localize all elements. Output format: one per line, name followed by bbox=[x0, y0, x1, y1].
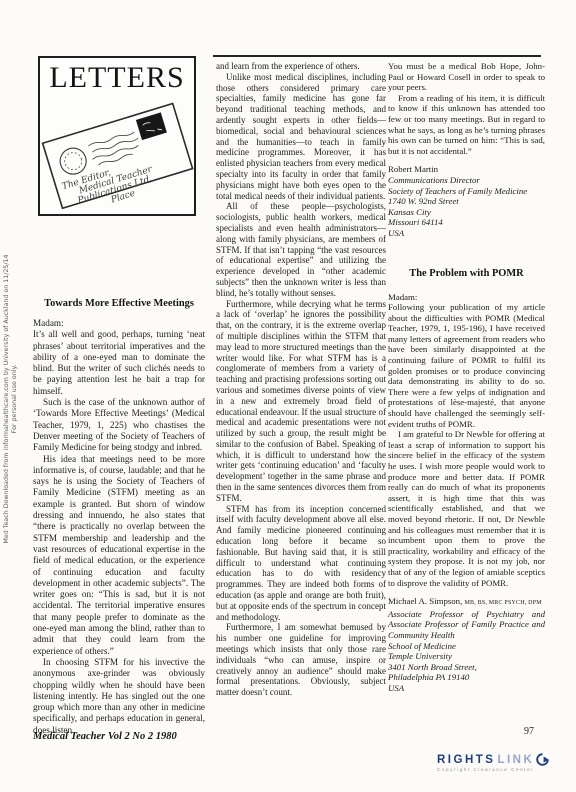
column-top-rule bbox=[213, 55, 541, 57]
letter2-signature: Michael A. Simpson, MB, BS, MRC PSYCH, D… bbox=[388, 596, 545, 693]
signature-line: USA bbox=[388, 683, 545, 694]
paragraph: I am grateful to Dr Newble for offering … bbox=[388, 429, 545, 588]
paragraph: Furthermore, while decrying what he term… bbox=[216, 299, 386, 504]
journal-page: Med Teach Downloaded from informahealthc… bbox=[0, 0, 576, 792]
signature-name: Robert Martin bbox=[388, 164, 545, 175]
signature-line: 3401 North Broad Street, bbox=[388, 662, 545, 673]
paragraph: and learn from the experience of others. bbox=[216, 61, 386, 72]
paragraph: From a reading of his item, it is diffic… bbox=[388, 93, 545, 157]
page-number: 97 bbox=[524, 726, 534, 737]
signature-line: Kansas City bbox=[388, 207, 545, 218]
paragraph: His idea that meetings need to be more i… bbox=[33, 454, 205, 657]
signature-line: Temple University bbox=[388, 651, 545, 662]
column-1: Towards More Effective Meetings Madam: I… bbox=[33, 297, 205, 736]
rightslink-tagline: Copyright Clearance Center bbox=[437, 767, 571, 772]
journal-footer: Medical Teacher Vol 2 No 2 1980 bbox=[33, 731, 177, 742]
paragraph: You must be a medical Bob Hope, John-Pau… bbox=[388, 61, 545, 93]
paragraph: Such is the case of the unknown author o… bbox=[33, 397, 205, 453]
letters-title: LETTERS bbox=[40, 61, 194, 95]
signature-line: USA bbox=[388, 228, 545, 239]
letter2-heading: The Problem with POMR bbox=[388, 267, 545, 280]
download-attribution-line1: Med Teach Downloaded from informahealthc… bbox=[3, 251, 11, 547]
signature-credentials: MB, BS, MRC PSYCH, DPM bbox=[465, 600, 542, 606]
signature-line: Associate Professor of Psychiatry and As… bbox=[388, 609, 545, 641]
letters-masthead: LETTERS The Editor, Medical Teacher Publ… bbox=[38, 56, 196, 216]
letter1-salutation: Madam: bbox=[33, 318, 205, 329]
letter1-heading: Towards More Effective Meetings bbox=[33, 297, 205, 310]
rightslink-badge[interactable]: RIGHTS LINK Copyright Clearance Center bbox=[437, 753, 571, 772]
paragraph: Furthermore, I am somewhat bemused by hi… bbox=[216, 622, 386, 698]
rightslink-rights-text: RIGHTS bbox=[437, 754, 495, 766]
paragraph: All of these people—psychologists, socio… bbox=[216, 201, 386, 298]
paragraph: In choosing STFM for his invective the a… bbox=[33, 657, 205, 736]
rightslink-arrow-icon bbox=[536, 753, 549, 766]
signature-name: Michael A. Simpson, MB, BS, MRC PSYCH, D… bbox=[388, 596, 545, 609]
signature-name-text: Michael A. Simpson, bbox=[388, 596, 462, 606]
paragraph: It’s all well and good, perhaps, turning… bbox=[33, 329, 205, 397]
signature-line: Missouri 64114 bbox=[388, 217, 545, 228]
paragraph: STFM has from its inception concerned it… bbox=[216, 504, 386, 623]
column-3: You must be a medical Bob Hope, John-Pau… bbox=[388, 61, 545, 693]
column-2: and learn from the experience of others.… bbox=[216, 61, 386, 698]
signature-line: Philadelphia PA 19140 bbox=[388, 672, 545, 683]
letter2-salutation: Madam: bbox=[388, 292, 545, 303]
signature-line: Communications Director bbox=[388, 175, 545, 186]
letter1-signature: Robert Martin Communications Director So… bbox=[388, 164, 545, 238]
paragraph: Following your publication of my article… bbox=[388, 302, 545, 429]
download-attribution: Med Teach Downloaded from informahealthc… bbox=[3, 251, 19, 547]
envelope-illustration: The Editor, Medical Teacher Publications… bbox=[40, 96, 194, 212]
rightslink-link-text: LINK bbox=[497, 754, 534, 766]
signature-line: School of Medicine bbox=[388, 641, 545, 652]
signature-line: Society of Teachers of Family Medicine bbox=[388, 186, 545, 197]
download-attribution-line2: For personal use only. bbox=[11, 251, 19, 547]
paragraph: Unlike most medical disciplines, includi… bbox=[216, 72, 386, 202]
rightslink-logo: RIGHTS LINK bbox=[437, 753, 571, 766]
signature-line: 1740 W. 92nd Street bbox=[388, 196, 545, 207]
